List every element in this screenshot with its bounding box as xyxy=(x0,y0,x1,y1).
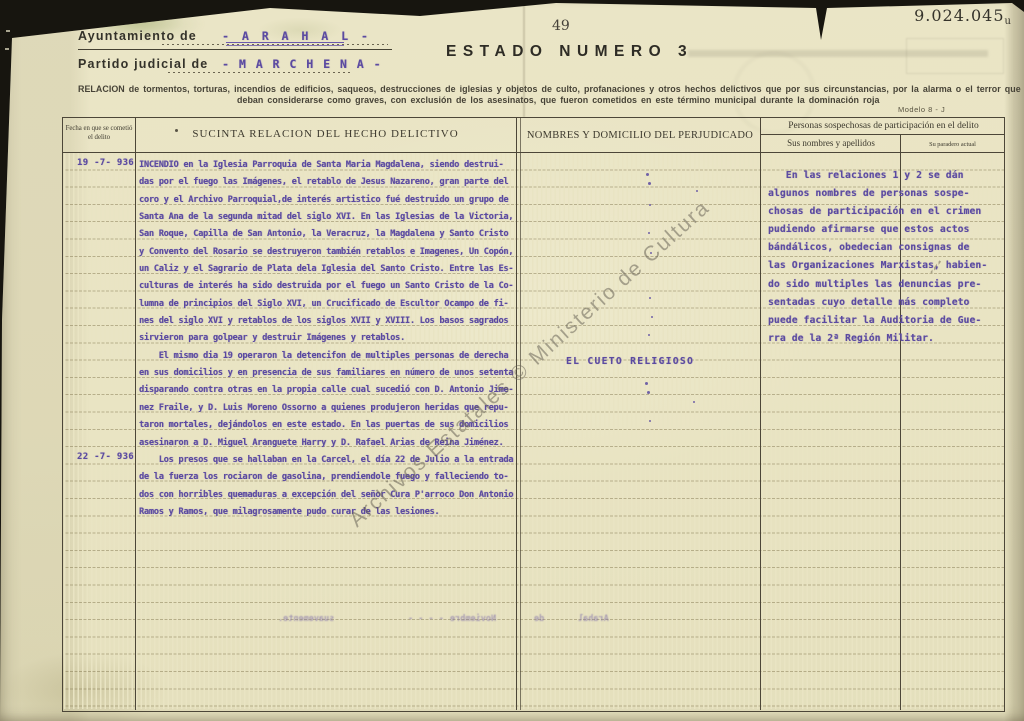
ayuntamiento-label: Ayuntamiento de xyxy=(78,29,197,43)
bleedthrough-header-line xyxy=(688,50,988,57)
table-fold-line xyxy=(520,117,521,710)
film-edge-mark xyxy=(6,30,10,32)
ink-speck xyxy=(696,190,698,192)
entry-date-1: 19 -7- 936 xyxy=(77,158,134,168)
column-header-sus-nombres: Sus nombres y apellidos xyxy=(762,138,900,148)
table-column-divider xyxy=(760,117,761,710)
ink-speck xyxy=(649,204,651,206)
page-number: 49 xyxy=(552,18,570,34)
table-column-divider xyxy=(135,117,136,710)
ink-speck xyxy=(646,173,649,176)
form-dotted-line xyxy=(168,72,352,73)
archive-number: 9.024.045 xyxy=(914,6,1004,25)
bleedthrough-dashes: - - - - xyxy=(408,614,444,624)
ink-speck xyxy=(648,334,650,336)
column-header-fecha: Fecha en que se cometió el delito xyxy=(64,124,134,142)
ink-speck xyxy=(648,182,651,185)
bleedthrough-word: de xyxy=(534,614,544,624)
column-header-nombres: NOMBRES Y DOMICILIO DEL PERJUDICADO xyxy=(520,130,760,141)
partido-judicial-value: - M A R C H E N A - xyxy=(222,57,382,71)
column-header-sucinta: SUCINTA RELACION DEL HECHO DELICTIVO xyxy=(135,128,516,140)
bleedthrough-word: Arahal xyxy=(578,614,609,624)
column-header-paradero: Su paradero actual xyxy=(900,141,1005,148)
relacion-paragraph-line2: deban considerarse como graves, con excl… xyxy=(237,95,880,105)
ink-speck xyxy=(693,401,695,403)
table-subheader-rule xyxy=(760,134,1005,135)
entry-hecho-delictivo-text: INCENDIO en la Iglesia Parroquia de Sant… xyxy=(139,157,513,521)
entry-date-2: 22 -7- 936 xyxy=(77,452,134,462)
photo-background: 9.024.045u Ayuntamiento de - A R A H A L… xyxy=(0,0,1024,721)
ink-speck xyxy=(649,297,651,299)
entry-sospechosas-text: En las relaciones 1 y 2 se dán algunos n… xyxy=(768,167,987,348)
ink-speck xyxy=(647,391,650,394)
relacion-paragraph-line1: RELACION de tormentos, torturas, incendi… xyxy=(78,84,1024,94)
form-model-number: Modelo 8 - J xyxy=(898,105,945,114)
bleedthrough-word: suavemente. xyxy=(278,614,334,624)
form-dotted-line xyxy=(162,44,388,45)
archive-number-suffix: u xyxy=(1005,16,1012,27)
bleedthrough-word: Noviembre xyxy=(450,614,496,624)
ink-speck xyxy=(648,232,650,234)
column-header-sospechosas: Personas sospechosas de participación en… xyxy=(762,121,1005,131)
document-title: ESTADO NUMERO 3 xyxy=(446,43,693,61)
ink-speck xyxy=(651,316,653,318)
form-rule xyxy=(78,49,392,50)
entry-perjudicado: EL CUETO RELIGIOSO xyxy=(566,356,694,367)
table-header-rule xyxy=(62,152,1005,153)
table-column-divider xyxy=(516,117,517,710)
document-page: 9.024.045u Ayuntamiento de - A R A H A L… xyxy=(0,0,1024,721)
ink-speck xyxy=(649,420,651,422)
film-edge-mark xyxy=(5,48,9,50)
archive-reference-stamp: 9.024.045u xyxy=(892,6,1012,27)
value-underline xyxy=(226,42,344,43)
partido-judicial-label: Partido judicial de xyxy=(78,57,208,71)
ayuntamiento-value: - A R A H A L - xyxy=(222,29,371,43)
ink-speck xyxy=(645,382,648,385)
